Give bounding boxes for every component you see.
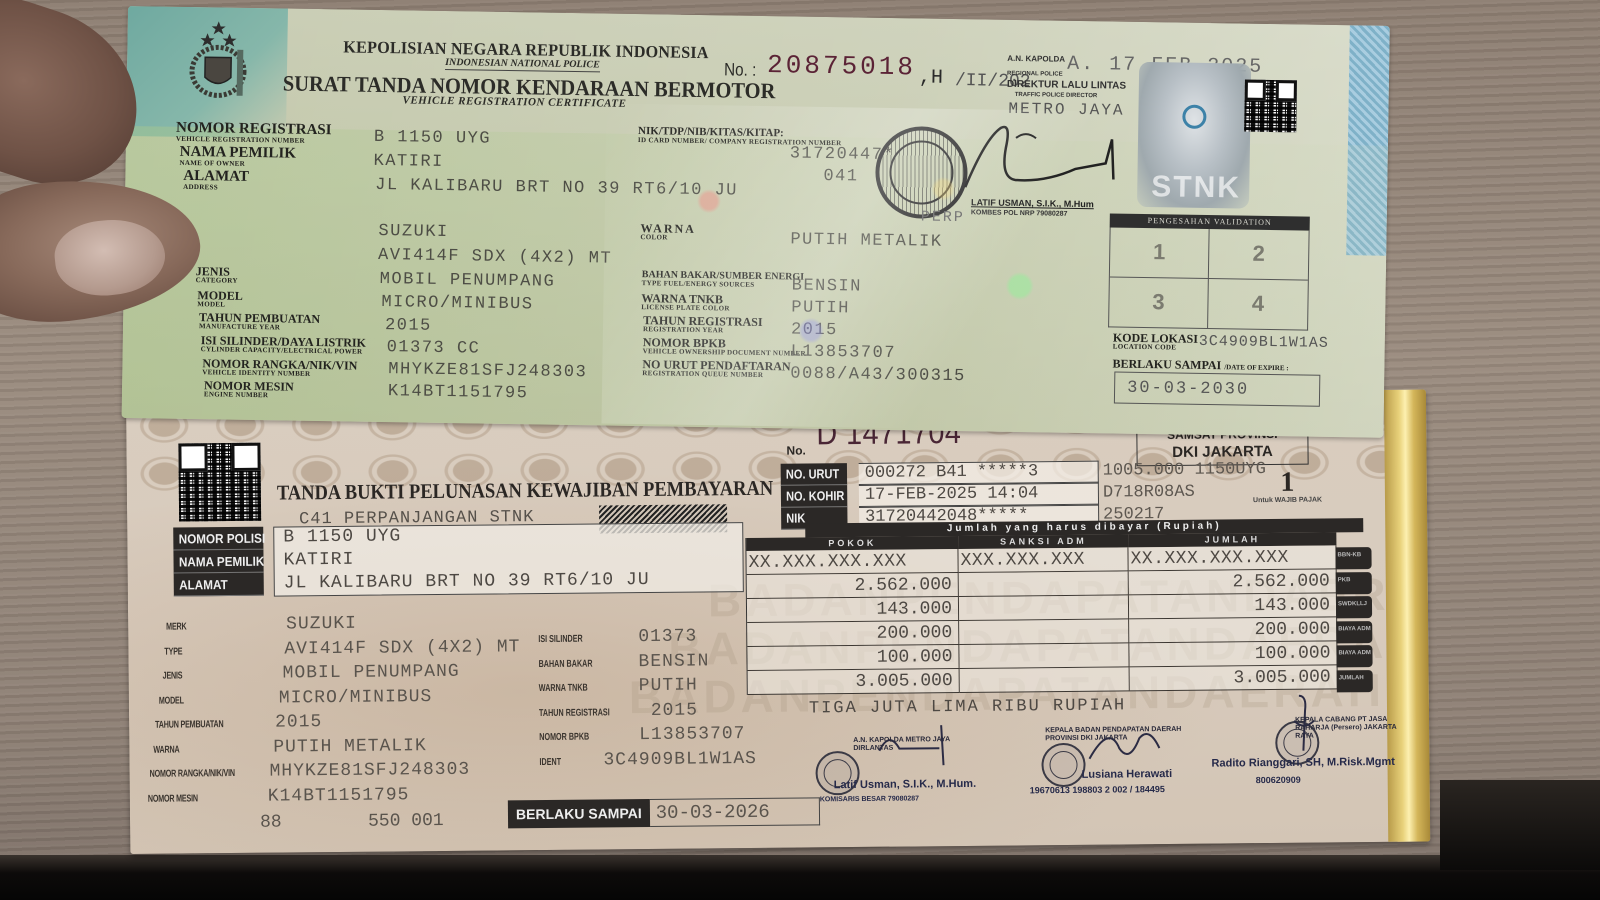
vehicle-row-cylinder: ISI SILINDER01373	[538, 626, 756, 653]
value-category: MOBIL PENUMPANG	[380, 270, 556, 292]
payment-cell-sanksi	[959, 619, 1129, 645]
document-title-en: VEHICLE REGISTRATION CERTIFICATE	[402, 94, 626, 110]
payment-cell-pokok: 100.000	[747, 645, 959, 671]
receipt-number-label: No.	[786, 443, 805, 457]
valid-until: BERLAKU SAMPAI 30-03-2026	[508, 797, 820, 828]
payment-cell-sanksi	[959, 595, 1129, 621]
vehicle-details-2: ISI SILINDER01373 BAHAN BAKARBENSIN WARN…	[538, 626, 757, 775]
signer-rank: KOMBES POL NRP 79080287	[971, 209, 1068, 218]
receipt-title: TANDA BUKTI PELUNASAN KEWAJIBAN PEMBAYAR…	[277, 476, 774, 506]
value-vin: MHYKZE81SFJ248303	[388, 360, 587, 382]
payment-cell-sanksi	[959, 571, 1129, 597]
code-line: 88 550 001	[260, 811, 444, 833]
label-expiry: BERLAKU SAMPAI /DATE OF EXPIRE :	[1112, 358, 1288, 373]
hand	[0, 10, 240, 390]
hologram-ring-icon	[1182, 105, 1206, 129]
value-color: PUTIH METALIK	[790, 230, 942, 251]
value-registration-number: B 1150 UYG	[374, 128, 491, 149]
label-location-code: KODE LOKASILOCATION CODE	[1113, 332, 1198, 352]
payment-cell-jumlah: 200.000	[1129, 617, 1337, 643]
value-fuel: BENSIN	[792, 276, 863, 296]
label-fuel: BAHAN BAKAR/SUMBER ENERGITYPE FUEL/ENERG…	[642, 270, 804, 290]
signatory-line-3: DIREKTUR LALU LINTAS	[1007, 80, 1126, 91]
vehicle-row-manufacture-year: TAHUN PEMBUATAN2015	[155, 710, 521, 738]
value-manufacture-year: 2015	[385, 316, 432, 336]
value-nik-suffix: 041	[823, 167, 858, 187]
payment-table: Jumlah yang harus dibayar (Rupiah) POKOK…	[745, 518, 1337, 695]
payment-cell-sanksi: XXX.XXX.XXX	[958, 547, 1128, 573]
payment-row-tag: BIAYA ADM STNK	[1336, 621, 1372, 643]
serial-number-suffix: ,H	[919, 66, 943, 89]
value-location-code: 3C4909BL1W1AS	[1199, 333, 1329, 352]
vehicle-row-color: WARNAPUTIH METALIK	[153, 735, 521, 763]
label-queue-number: NO URUT PENDAFTARANREGISTRATION QUEUE NU…	[642, 358, 791, 379]
vehicle-row-model: MODELMICRO/MINIBUS	[159, 686, 521, 714]
value-queue-number: 0088/A43/300315	[790, 364, 966, 386]
vehicle-row-type: TYPEAVI414F SDX (4X2) MT	[164, 637, 520, 665]
vehicle-row-brand: MERKSUZUKI	[166, 612, 520, 640]
vehicle-row-ident: IDENT3C4909BL1W1AS	[539, 748, 757, 775]
payment-row-tag: SWDKLLJ	[1336, 596, 1372, 618]
validation-cell-2: 2	[1209, 229, 1309, 280]
payment-cell-sanksi	[960, 667, 1130, 693]
value-engine-number: K14BT1151795	[388, 382, 529, 403]
validation-cell-3: 3	[1109, 277, 1209, 328]
signer-name: LATIF USMAN, S.I.K., M.Hum	[971, 197, 1094, 209]
label-bpkb-number: NOMOR BPKBVEHICLE OWNERSHIP DOCUMENT NUM…	[643, 336, 806, 358]
label-color: WARNACOLOR	[640, 222, 696, 242]
payment-cell-pokok: 3.005.000	[748, 669, 960, 695]
payment-cell-jumlah: 3.005.000	[1130, 665, 1338, 691]
tax-payment-receipt: BADANPENDAPATANDAERAH BADANPENDAPATANDAE…	[126, 390, 1430, 854]
vehicle-row-category: JENISMOBIL PENUMPANG	[163, 661, 521, 689]
vehicle-row-registration-year: TAHUN REGISTRASI 2015	[539, 699, 757, 726]
payment-row-tag: BIAYA ADM TNKB	[1336, 645, 1372, 667]
owner-info: NOMOR POLISI B 1150 UYG NAMA PEMILIK KAT…	[173, 522, 744, 596]
validation-table: PENGESAHAN VALIDATION 1 2 3 4	[1108, 213, 1310, 334]
payment-row-tags: BBN-KBPKBSWDKLLJBIAYA ADM STNKBIAYA ADM …	[1335, 547, 1372, 694]
payment-cell-pokok: XX.XXX.XXX.XXX	[746, 549, 958, 575]
value-plate-color: PUTIH	[791, 298, 850, 318]
payment-cell-jumlah: 100.000	[1129, 641, 1337, 667]
value-owner-name: KATIRI	[373, 152, 444, 172]
payment-cell-jumlah: 2.562.000	[1129, 569, 1337, 595]
payment-cell-pokok: 2.562.000	[747, 573, 959, 599]
vehicle-row-engine: NOMOR MESINK14BT1151795	[148, 784, 522, 812]
table-edge	[1440, 780, 1600, 870]
label-registration-year: TAHUN REGISTRASIREGISTRATION YEAR	[643, 314, 763, 335]
payment-row-tag: PKB	[1336, 572, 1372, 594]
vehicle-row-plate-color: WARNA TNKBPUTIH	[539, 675, 757, 702]
payment-cell-pokok: 143.000	[747, 597, 959, 623]
finger	[0, 0, 161, 207]
region: METRO JAYA	[1008, 100, 1124, 120]
label-plate-color: WARNA TNKBLICENSE PLATE COLOR	[641, 292, 730, 312]
value-type: AVI414F SDX (4X2) MT	[378, 246, 612, 269]
validation-cell-4: 4	[1208, 279, 1308, 330]
payment-cell-jumlah: XX.XXX.XXX.XXX	[1128, 545, 1336, 571]
value-cylinder-capacity: 01373 CC	[387, 338, 481, 358]
table-shadow	[0, 855, 1600, 900]
validation-cell-1: 1	[1110, 227, 1210, 278]
payment-cell-jumlah: 143.000	[1129, 593, 1337, 619]
signatory-line-1: A.N. KAPOLDA	[1007, 54, 1065, 64]
value-expiry: 30-03-2030	[1114, 372, 1320, 407]
stnk-vehicle-registration-certificate: KEPOLISIAN NEGARA REPUBLIK INDONESIA IND…	[122, 6, 1390, 438]
payment-cell-sanksi	[959, 643, 1129, 669]
total-in-words: TIGA JUTA LIMA RIBU RUPIAH	[809, 696, 1126, 718]
qr-code-icon	[178, 443, 261, 522]
hologram-text: STNK	[1151, 170, 1241, 205]
vehicle-details: MERKSUZUKI TYPEAVI414F SDX (4X2) MT JENI…	[142, 612, 522, 812]
qr-code-icon	[1244, 80, 1297, 133]
vehicle-row-vin: NOMOR RANGKA/NIK/VINMHYKZE81SFJ248303	[149, 759, 521, 787]
gold-security-strip	[1384, 390, 1430, 842]
signature-icon	[955, 117, 1156, 210]
value-brand: SUZUKI	[378, 222, 449, 242]
value-model: MICRO/MINIBUS	[381, 293, 533, 314]
payment-row-tag: JUMLAH	[1337, 670, 1373, 692]
extension-mark: PERP	[921, 208, 965, 226]
vehicle-row-fuel: BAHAN BAKARBENSIN	[538, 650, 756, 677]
payment-cell-pokok: 200.000	[747, 621, 959, 647]
value-bpkb-number: L13853707	[790, 342, 896, 363]
copy-designation: 1 Untuk WAJIB PAJAK	[1253, 469, 1322, 505]
serial-number: 20875018	[767, 50, 916, 82]
agency-name-en: INDONESIAN NATIONAL POLICE	[445, 57, 600, 72]
payment-row-tag: BBN-KB	[1335, 547, 1371, 569]
value-registration-year: 2015	[791, 320, 838, 340]
serial-number-label: No. :	[724, 59, 757, 81]
vehicle-row-bpkb: NOMOR BPKBL13853707	[539, 724, 757, 751]
